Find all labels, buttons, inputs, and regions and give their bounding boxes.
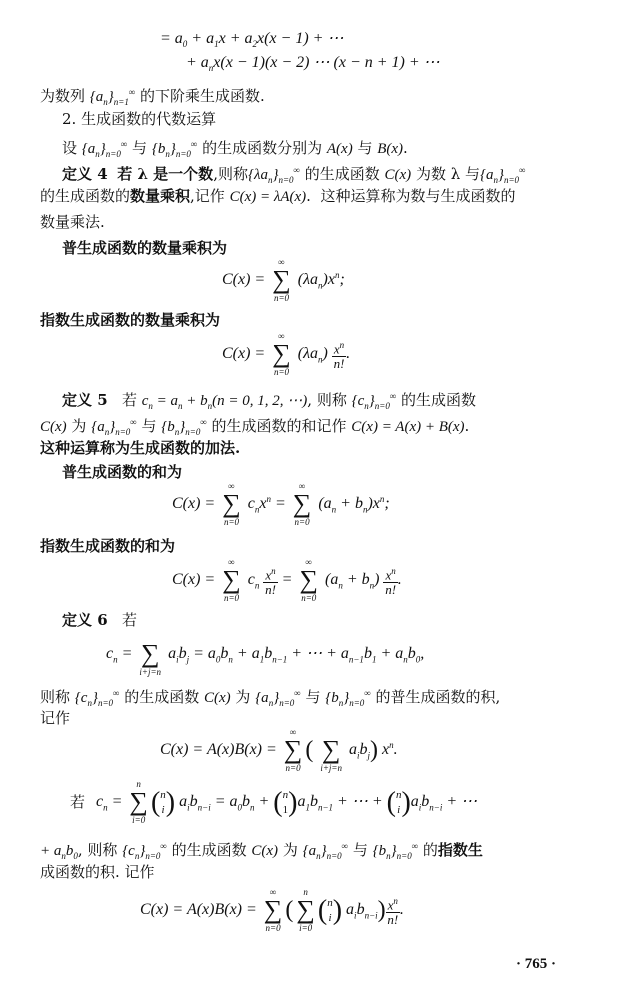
equation-exp-product: C(x) = A(x)B(x) = ∞∑n=0(n∑i=0(ni) aibn−i…	[140, 888, 404, 933]
equation-top-line-1: = a0 + a1x + a2x(x − 1) + ⋯	[160, 28, 343, 49]
definition-6-ruo: 若	[122, 611, 137, 629]
section-heading: 2. 生成函数的代数运算	[62, 109, 216, 129]
definition-5-label: 定义 5	[62, 391, 108, 409]
definition-6-label: 定义 6	[62, 611, 108, 629]
equation-top-line-2: + anx(x − 1)(x − 2) ⋯ (x − n + 1) + ⋯	[186, 52, 440, 73]
ordinary-scalar-text: 普生成函数的数量乘积为	[62, 238, 227, 258]
definition-4-label: 定义 4	[62, 165, 108, 183]
equation-ordinary-scalar: C(x) = ∞∑n=0 (λan)xn;	[222, 258, 345, 303]
equation-def6: cn = ∑i+j=n aibj = a0bn + a1bn−1 + ⋯ + a…	[106, 632, 424, 677]
equation-ordinary-sum: C(x) = ∞∑n=0 cnxn = ∞∑n=0 (an + bn)xn;	[172, 482, 390, 527]
equation-ordinary-product: C(x) = A(x)B(x) = ∞∑n=0( ∑i+j=n aibj) xn…	[160, 728, 398, 773]
definition-6-line: 定义 6 若	[62, 610, 137, 630]
exp-product-text-2: 成函数的积. 记作	[40, 862, 155, 882]
definition-4-line-3: 数量乘法.	[40, 212, 105, 232]
exp-scalar-text: 指数生成函数的数量乘积为	[40, 310, 220, 330]
definition-4-line-2: 的生成函数的数量乘积,记作 C(x) = λA(x). 这种运算称为数与生成函数…	[40, 186, 515, 207]
equation-exp-sum: C(x) = ∞∑n=0 cn xnn! = ∞∑n=0 (an + bn) x…	[172, 558, 402, 603]
definition-5-line-3: 这种运算称为生成函数的加法.	[40, 438, 240, 458]
definition-6-text-1: 则称 {cn}n=0∞ 的生成函数 C(x) 为 {an}n=0∞ 与 {bn}…	[40, 683, 500, 713]
equation-exp-scalar: C(x) = ∞∑n=0 (λan) xnn!.	[222, 332, 350, 377]
page-number: · 765 ·	[516, 956, 556, 973]
exp-sum-text: 指数生成函数的和为	[40, 536, 175, 556]
equation-exp-product-condition: cn = n∑i=0(ni) aibn−i = a0bn + (n1)a1bn−…	[96, 780, 477, 825]
falling-factorial-text: 为数列 {an}n=1∞ 的下阶乘生成函数.	[40, 82, 265, 112]
ordinary-sum-text: 普生成函数的和为	[62, 462, 182, 482]
definition-6-text-2: 记作	[40, 708, 70, 728]
exp-product-lead: 若	[70, 792, 85, 812]
